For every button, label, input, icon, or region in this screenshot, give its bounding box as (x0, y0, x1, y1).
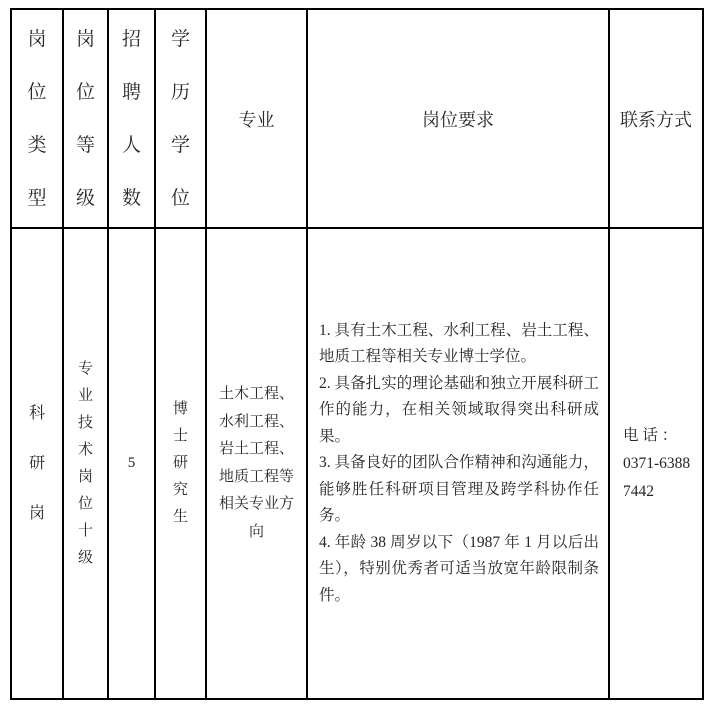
contact-value: 电 话 ： 0371-6388 7442 (610, 422, 702, 506)
post-level-value: 专业技术岗位十级 (76, 356, 95, 572)
header-cell-contact: 联系方式 (609, 9, 703, 228)
header-cell-education: 学历学位 (155, 9, 206, 228)
page: 岗位类型 岗位等级 招聘人数 学历学位 专业 岗位要求 联系方式 (0, 0, 709, 713)
header-cell-major: 专业 (206, 9, 307, 228)
header-label-post-type: 岗位类型 (25, 13, 49, 225)
requirement-item-4: 4. 年龄 38 周岁以下（1987 年 1 月以后出生），特别优秀者可适当放宽… (319, 530, 599, 610)
header-label-post-level: 岗位等级 (74, 13, 98, 225)
requirement-item-3: 3. 具备良好的团队合作精神和沟通能力，能够胜任科研项目管理及跨学科协作任务。 (319, 450, 599, 530)
header-row: 岗位类型 岗位等级 招聘人数 学历学位 专业 岗位要求 联系方式 (11, 9, 703, 228)
header-label-contact: 联系方式 (610, 106, 702, 132)
cell-contact: 电 话 ： 0371-6388 7442 (609, 228, 703, 699)
requirements-list: 1. 具有土木工程、水利工程、岩土工程、地质工程等相关专业博士学位。 2. 具备… (308, 318, 608, 610)
major-value: 土木工程、 水利工程、 岩土工程、 地质工程等 相关专业方 向 (207, 381, 306, 546)
requirement-item-1: 1. 具有土木工程、水利工程、岩土工程、地质工程等相关专业博士学位。 (319, 318, 599, 371)
cell-requirements: 1. 具有土木工程、水利工程、岩土工程、地质工程等相关专业博士学位。 2. 具备… (307, 228, 609, 699)
cell-post-type: 科研岗 (11, 228, 63, 699)
header-cell-post-type: 岗位类型 (11, 9, 63, 228)
post-type-value: 科研岗 (27, 389, 47, 539)
header-label-education: 学历学位 (169, 13, 193, 225)
requirement-item-2: 2. 具备扎实的理论基础和独立开展科研工作的能力，在相关领域取得突出科研成果。 (319, 371, 599, 451)
cell-major: 土木工程、 水利工程、 岩土工程、 地质工程等 相关专业方 向 (206, 228, 307, 699)
header-cell-post-level: 岗位等级 (63, 9, 108, 228)
table-row: 科研岗 专业技术岗位十级 5 博士研究生 土木工程、 水利工程、 岩土工程、 地… (11, 228, 703, 699)
header-label-requirements: 岗位要求 (308, 106, 608, 132)
cell-recruit-count: 5 (108, 228, 155, 699)
header-label-major: 专业 (207, 106, 306, 132)
job-posting-table: 岗位类型 岗位等级 招聘人数 学历学位 专业 岗位要求 联系方式 (10, 8, 704, 700)
cell-post-level: 专业技术岗位十级 (63, 228, 108, 699)
header-label-recruit-count: 招聘人数 (120, 13, 144, 225)
header-cell-requirements: 岗位要求 (307, 9, 609, 228)
header-cell-recruit-count: 招聘人数 (108, 9, 155, 228)
education-value: 博士研究生 (171, 396, 190, 531)
cell-education: 博士研究生 (155, 228, 206, 699)
recruit-count-value: 5 (109, 455, 154, 472)
